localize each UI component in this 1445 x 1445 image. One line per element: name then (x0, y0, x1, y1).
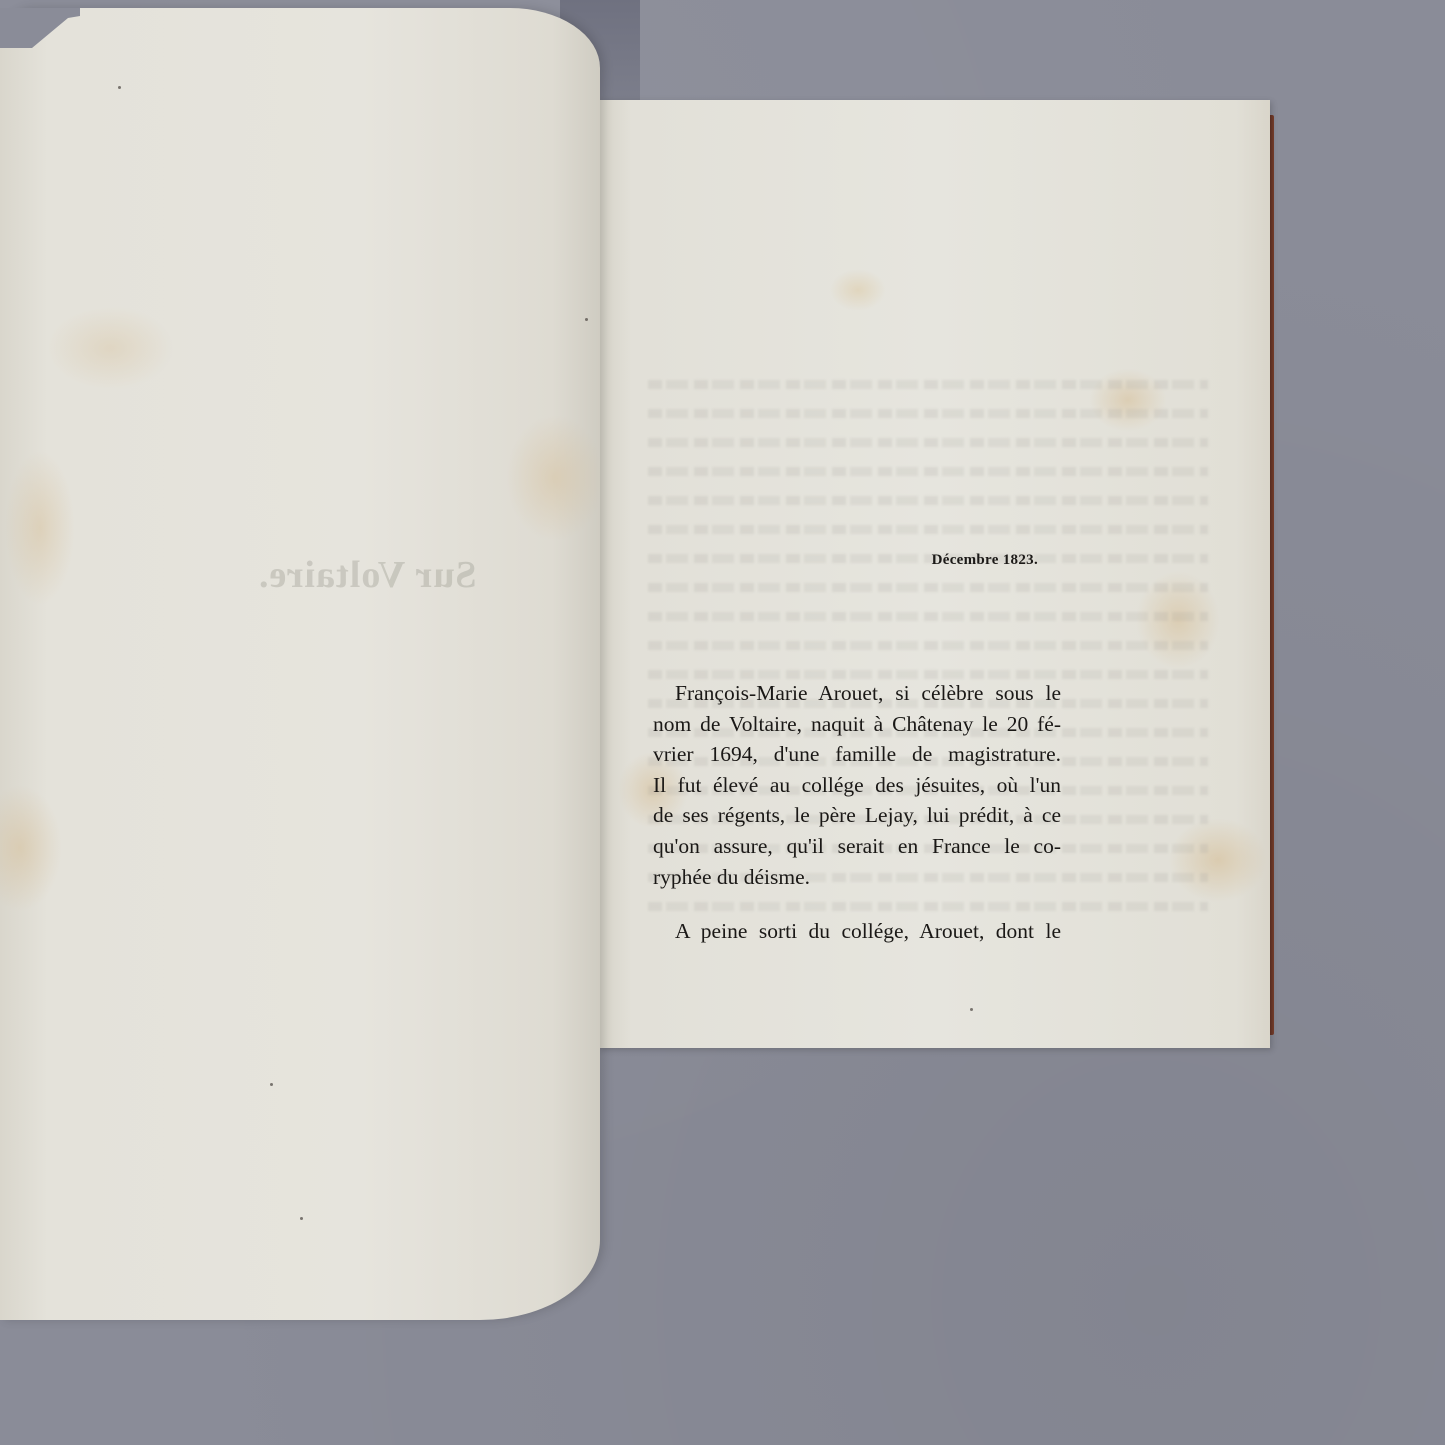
text-line: ryphée du déisme. (653, 862, 1061, 893)
book-photo-scene: Décembre 1823. François-Marie Arouet, si… (0, 0, 1445, 1445)
paper-speck (118, 86, 121, 89)
ghost-line (648, 641, 1208, 650)
paper-speck (270, 1083, 273, 1086)
ghost-line (648, 496, 1208, 505)
paper-speck (300, 1217, 303, 1220)
text-line: de ses régents, le père Lejay, lui prédi… (653, 800, 1061, 831)
ghost-line (648, 438, 1208, 447)
right-page: Décembre 1823. François-Marie Arouet, si… (598, 100, 1270, 1048)
paper-speck (585, 318, 588, 321)
text-line: Il fut élevé au collége des jésuites, où… (653, 770, 1061, 801)
text-line: François-Marie Arouet, si célèbre sous l… (653, 678, 1061, 709)
ghost-line (648, 380, 1208, 389)
ghost-line (648, 583, 1208, 592)
text-line: nom de Voltaire, naquit à Châtenay le 20… (653, 709, 1061, 740)
date-heading: Décembre 1823. (932, 552, 1038, 569)
show-through-title: Sur Voltaire. (258, 553, 477, 597)
paper-speck (970, 1008, 973, 1011)
paragraph-gap (653, 892, 1061, 916)
text-line: vrier 1694, d'une famille de magistratur… (653, 739, 1061, 770)
ghost-line (648, 612, 1208, 621)
ghost-line (648, 409, 1208, 418)
ghost-line (648, 525, 1208, 534)
left-page: Sur Voltaire. (0, 8, 600, 1320)
text-line: qu'on assure, qu'il serait en France le … (653, 831, 1061, 862)
ghost-line (648, 467, 1208, 476)
text-line: A peine sorti du collége, Arouet, dont l… (653, 916, 1061, 947)
body-text: François-Marie Arouet, si célèbre sous l… (653, 678, 1061, 947)
ghost-line (648, 554, 1208, 563)
